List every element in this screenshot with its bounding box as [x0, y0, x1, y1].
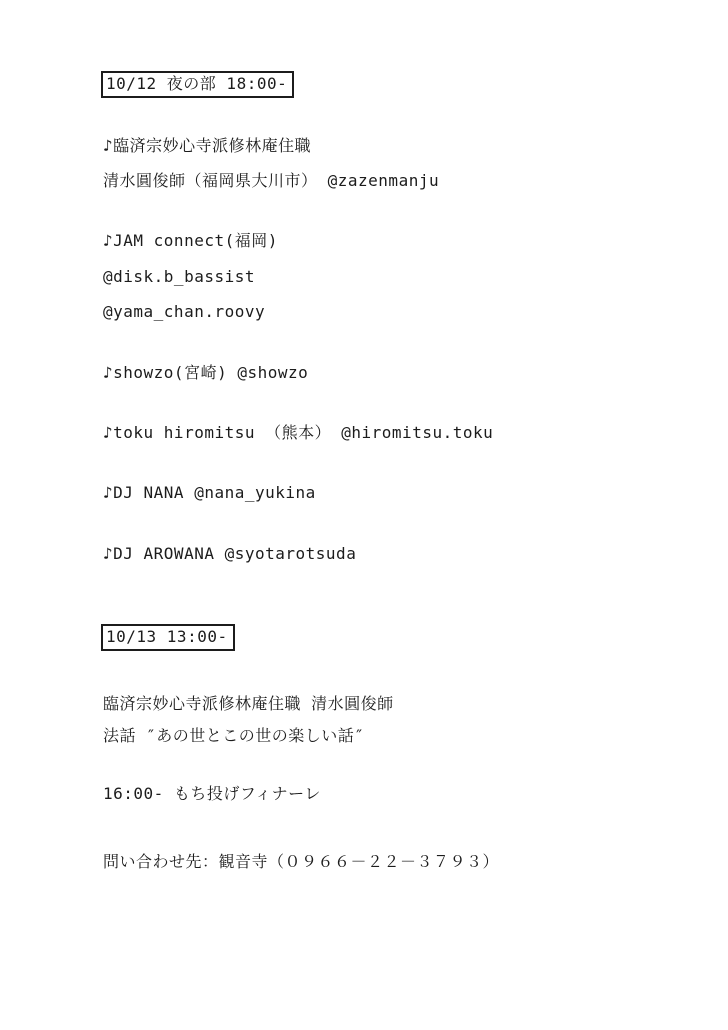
lineup-line-dharma-talk: 法話 ″あの世とこの世の楽しい話″: [103, 726, 364, 746]
date-heading-1013: 10/13 13:00-: [101, 624, 235, 651]
lineup-line-toku-hiromitsu: ♪toku hiromitsu （熊本） @hiromitsu.toku: [103, 423, 493, 443]
lineup-line-priest-name: 清水圓俊師（福岡県大川市） @zazenmanju: [103, 171, 439, 191]
contact-line: 問い合わせ先：観音寺（０９６６－２２－３７９３）: [103, 852, 499, 872]
lineup-line-dj-nana: ♪DJ NANA @nana_yukina: [103, 483, 316, 503]
event-schedule-document: 10/12 夜の部 18:00- ♪臨済宗妙心寺派修林庵住職 清水圓俊師（福岡県…: [0, 0, 728, 1030]
lineup-line-handle-yama-chan: @yama_chan.roovy: [103, 302, 265, 322]
lineup-line-mochi-finale: 16:00- もち投げフィナーレ: [103, 784, 321, 804]
lineup-line-priest-full: 臨済宗妙心寺派修林庵住職 清水圓俊師: [103, 694, 394, 714]
lineup-line-handle-disk-b: @disk.b_bassist: [103, 267, 255, 287]
lineup-line-priest-title: ♪臨済宗妙心寺派修林庵住職: [103, 136, 311, 156]
lineup-line-dj-arowana: ♪DJ AROWANA @syotarotsuda: [103, 544, 356, 564]
lineup-line-showzo: ♪showzo(宮崎) @showzo: [103, 363, 308, 383]
date-heading-1012: 10/12 夜の部 18:00-: [101, 71, 294, 98]
lineup-line-jam-connect: ♪JAM connect(福岡): [103, 231, 278, 251]
